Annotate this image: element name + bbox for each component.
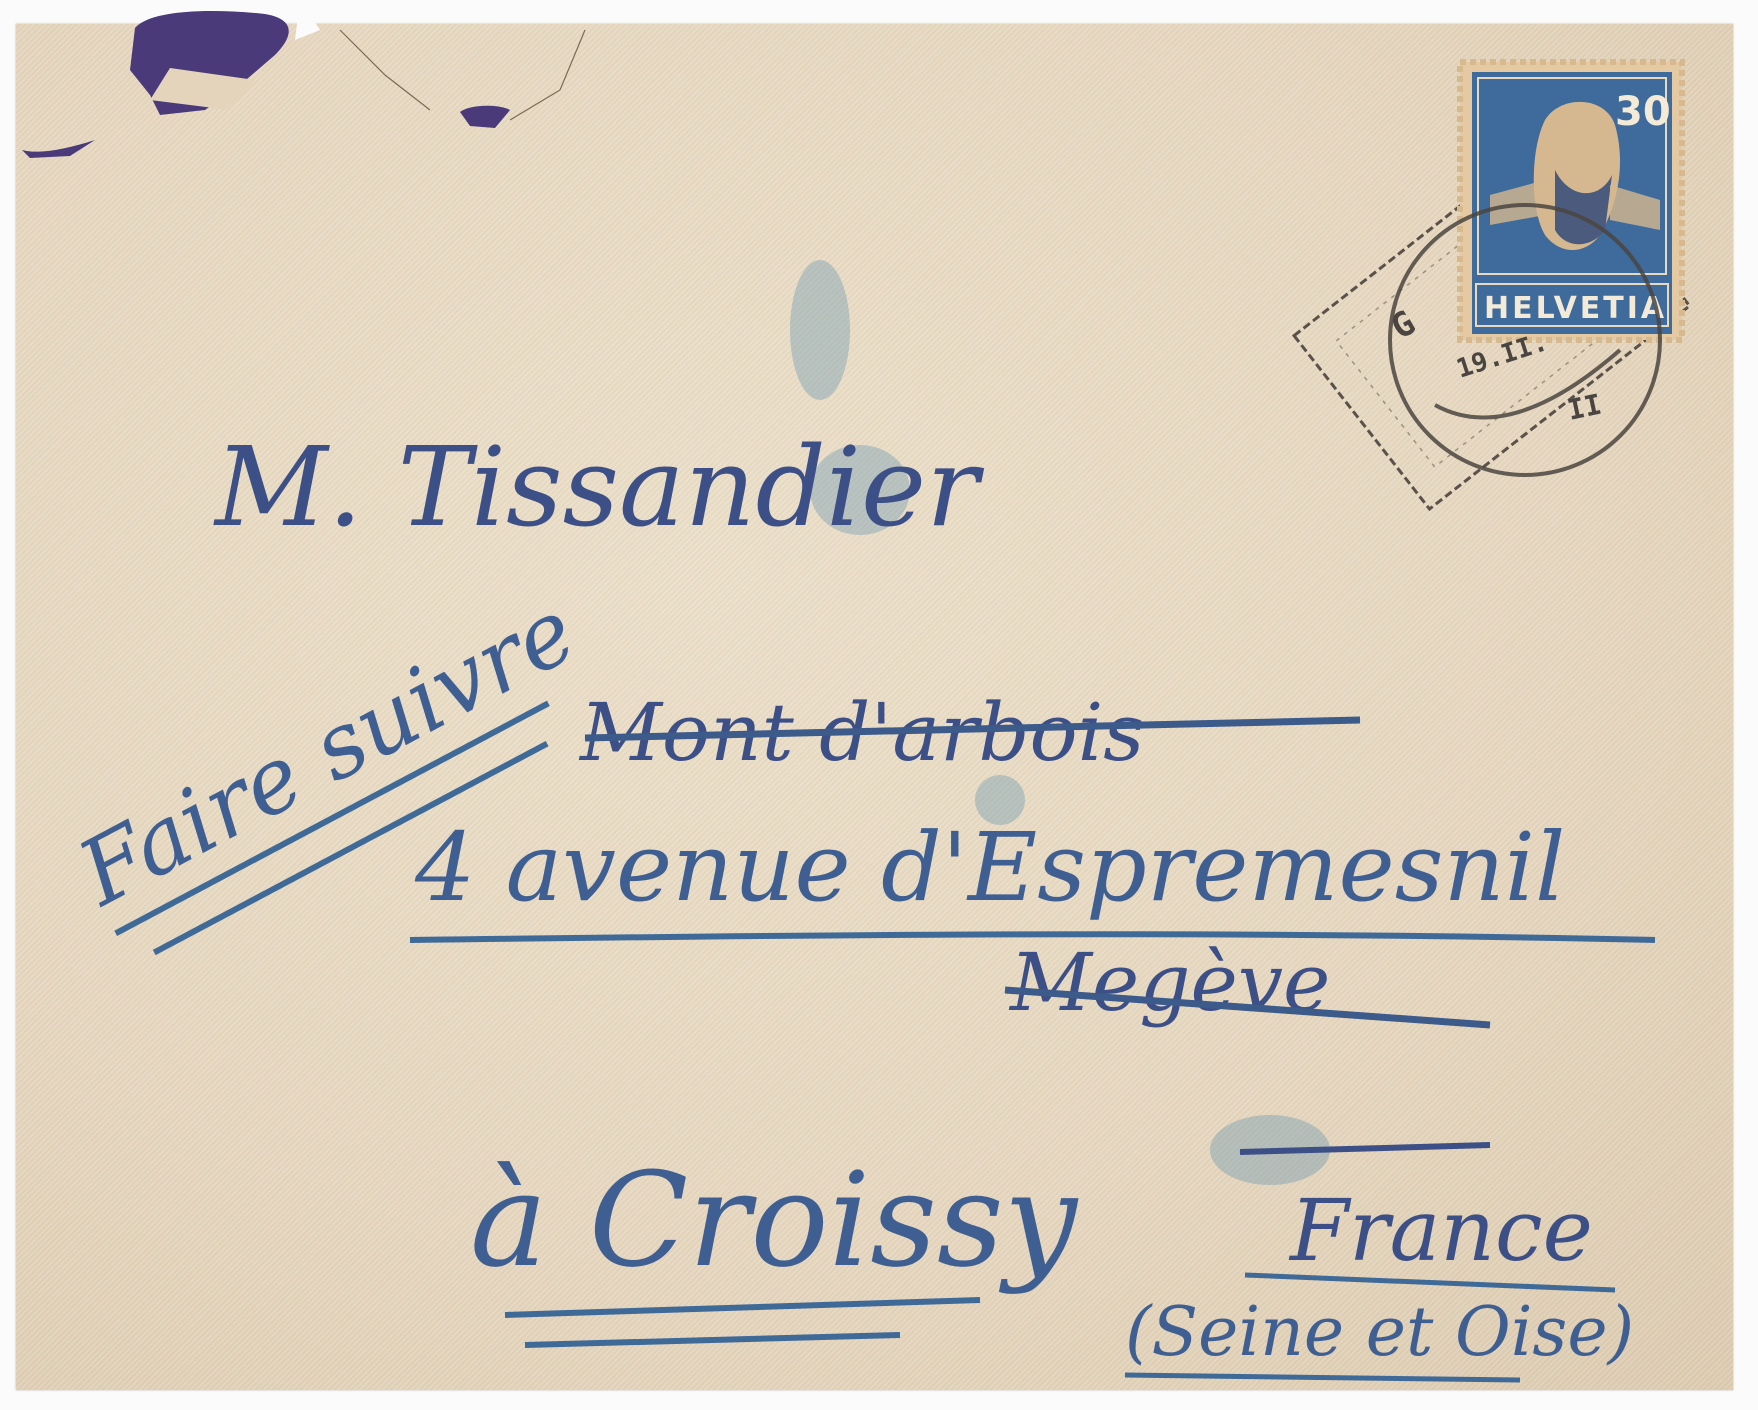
region: (Seine et Oise) [1125,1293,1634,1372]
postage-stamp: 30 HELVETIA [1460,62,1682,340]
stamp-country: HELVETIA [1484,291,1667,326]
underline-region [1125,1375,1520,1380]
new-address-line1: 4 avenue d'Espremesnil [414,813,1565,923]
envelope-markings: 30 HELVETIA G 19.II. II M. Tissandier Fa… [0,0,1758,1410]
city-name: à Croissy [470,1144,1079,1296]
old-country: France [1288,1182,1593,1281]
underline-city-2 [525,1335,900,1345]
stamp-denomination: 30 [1615,89,1671,135]
underline-city-1 [505,1300,980,1315]
postmark-time: II [1565,388,1605,427]
recipient-name: M. Tissandier [213,423,985,551]
torn-flap [22,0,585,158]
old-address-line2: Megève [1008,936,1330,1029]
